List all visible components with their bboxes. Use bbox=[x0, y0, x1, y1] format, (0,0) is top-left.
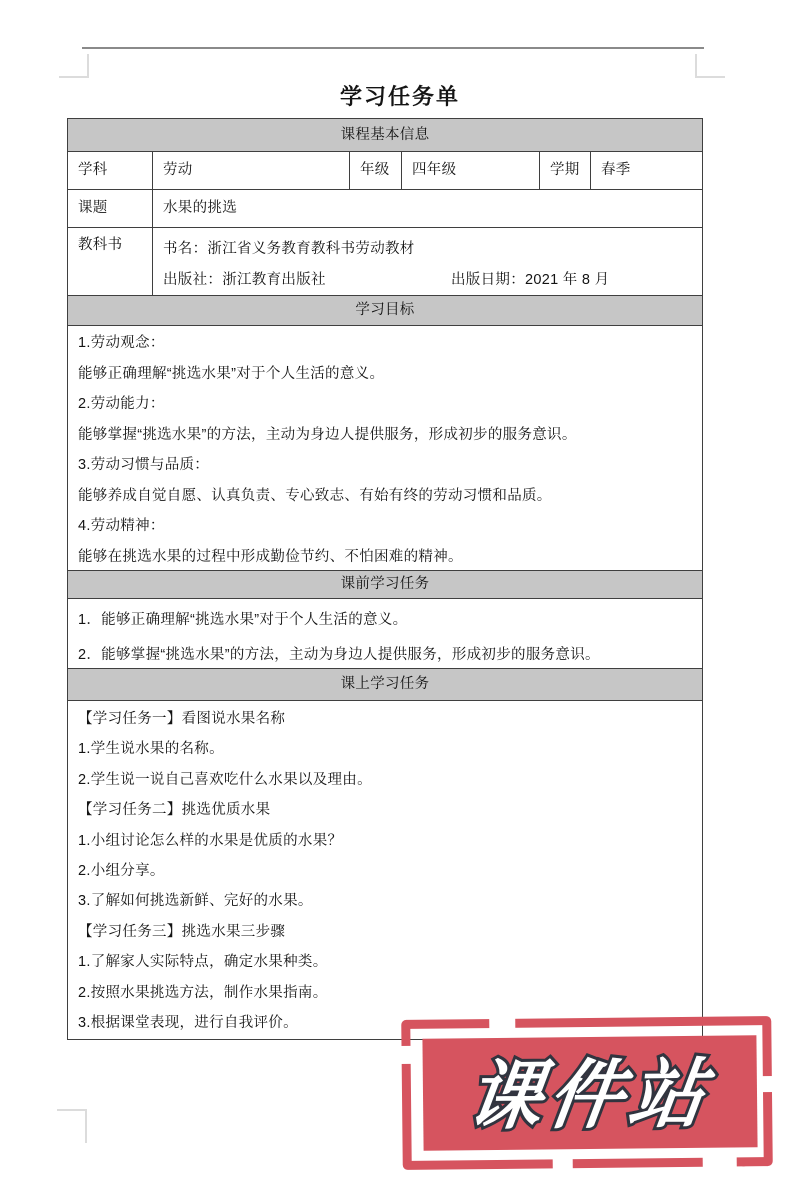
publisher-line: 出版社：浙江教育出版社出版日期：2021 年 8 月 bbox=[163, 265, 692, 296]
page-corner-mark-bottom-left bbox=[57, 1109, 87, 1143]
text-line: 能够正确理解“挑选水果”对于个人生活的意义。 bbox=[78, 359, 692, 390]
section-header-course-info: 课程基本信息 bbox=[68, 119, 702, 152]
watermark-stamp: 课件站 bbox=[401, 1016, 773, 1170]
text-line: 1.劳动观念： bbox=[78, 328, 692, 359]
section-header-pre-class: 课前学习任务 bbox=[68, 571, 702, 599]
textbook-value-cell: 书名：浙江省义务教育教科书劳动教材 出版社：浙江教育出版社出版日期：2021 年… bbox=[153, 228, 702, 295]
section-header-objectives: 学习目标 bbox=[68, 296, 702, 326]
text-line: 能够掌握“挑选水果”的方法，主动为身边人提供服务，形成初步的服务意识。 bbox=[78, 420, 692, 451]
stamp-border-gap bbox=[398, 1046, 411, 1064]
stamp-text: 课件站 bbox=[462, 1052, 718, 1138]
text-line: 1．能够正确理解“挑选水果”对于个人生活的意义。 bbox=[78, 603, 692, 638]
text-line: 2．能够掌握“挑选水果”的方法，主动为身边人提供服务，形成初步的服务意识。 bbox=[78, 638, 692, 673]
task-sheet-table: 课程基本信息 学科 劳动 年级 四年级 学期 春季 课题 水果的挑选 教科书 书… bbox=[67, 118, 703, 1040]
semester-value-cell: 春季 bbox=[591, 152, 702, 189]
text-line: 2.劳动能力： bbox=[78, 389, 692, 420]
text-line: 2.按照水果挑选方法，制作水果指南。 bbox=[78, 978, 692, 1008]
publisher-text: 出版社：浙江教育出版社 bbox=[163, 265, 451, 296]
objectives-content-cell: 1.劳动观念：能够正确理解“挑选水果”对于个人生活的意义。2.劳动能力：能够掌握… bbox=[68, 326, 702, 570]
stamp-ink-speck bbox=[641, 1159, 671, 1166]
page-corner-mark-top-right bbox=[695, 54, 725, 78]
text-line: 【学习任务二】挑选优质水果 bbox=[78, 795, 692, 825]
page-margin-line bbox=[82, 47, 704, 49]
stamp-inner-plate: 课件站 bbox=[422, 1035, 757, 1150]
in-class-row: 【学习任务一】看图说水果名称1.学生说水果的名称。2.学生说一说自己喜欢吃什么水… bbox=[68, 701, 702, 1039]
textbook-label-cell: 教科书 bbox=[68, 228, 153, 295]
grade-value-cell: 四年级 bbox=[402, 152, 540, 189]
semester-label-cell: 学期 bbox=[540, 152, 591, 189]
in-class-content-cell: 【学习任务一】看图说水果名称1.学生说水果的名称。2.学生说一说自己喜欢吃什么水… bbox=[68, 701, 702, 1039]
text-line: 能够在挑选水果的过程中形成勤俭节约、不怕困难的精神。 bbox=[78, 542, 692, 573]
text-line: 能够养成自觉自愿、认真负责、专心致志、有始有终的劳动习惯和品质。 bbox=[78, 481, 692, 512]
grade-label-cell: 年级 bbox=[350, 152, 402, 189]
text-line: 【学习任务一】看图说水果名称 bbox=[78, 704, 692, 734]
stamp-text-graphic: 课件站 bbox=[422, 1035, 757, 1150]
in-class-header-cell: 课上学习任务 bbox=[68, 669, 702, 700]
topic-row: 课题 水果的挑选 bbox=[68, 190, 702, 228]
stamp-border-gap bbox=[553, 1156, 573, 1170]
subject-label-cell: 学科 bbox=[68, 152, 153, 189]
publish-date-text: 出版日期：2021 年 8 月 bbox=[451, 272, 609, 288]
document-title: 学习任务单 bbox=[0, 80, 800, 111]
objectives-row: 1.劳动观念：能够正确理解“挑选水果”对于个人生活的意义。2.劳动能力：能够掌握… bbox=[68, 326, 702, 571]
course-info-row: 学科 劳动 年级 四年级 学期 春季 bbox=[68, 152, 702, 190]
text-line: 3.劳动习惯与品质： bbox=[78, 450, 692, 481]
stamp-ink-speck bbox=[739, 1158, 749, 1166]
topic-value-cell: 水果的挑选 bbox=[153, 190, 702, 227]
text-line: 1.了解家人实际特点，确定水果种类。 bbox=[78, 947, 692, 977]
text-line: 【学习任务三】挑选水果三步骤 bbox=[78, 917, 692, 947]
section-header-in-class: 课上学习任务 bbox=[68, 669, 702, 701]
text-line: 4.劳动精神： bbox=[78, 511, 692, 542]
topic-label-cell: 课题 bbox=[68, 190, 153, 227]
text-line: 1.小组讨论怎么样的水果是优质的水果？ bbox=[78, 826, 692, 856]
textbook-row: 教科书 书名：浙江省义务教育教科书劳动教材 出版社：浙江教育出版社出版日期：20… bbox=[68, 228, 702, 296]
objectives-header-cell: 学习目标 bbox=[68, 296, 702, 325]
subject-value-cell: 劳动 bbox=[153, 152, 350, 189]
text-line: 2.学生说一说自己喜欢吃什么水果以及理由。 bbox=[78, 765, 692, 795]
pre-class-row: 1．能够正确理解“挑选水果”对于个人生活的意义。2．能够掌握“挑选水果”的方法，… bbox=[68, 599, 702, 669]
stamp-border-gap bbox=[489, 1017, 515, 1030]
text-line: 1.学生说水果的名称。 bbox=[78, 734, 692, 764]
page-corner-mark-top-left bbox=[59, 54, 89, 78]
text-line: 2.小组分享。 bbox=[78, 856, 692, 886]
pre-class-header-cell: 课前学习任务 bbox=[68, 571, 702, 598]
pre-class-content-cell: 1．能够正确理解“挑选水果”对于个人生活的意义。2．能够掌握“挑选水果”的方法，… bbox=[68, 599, 702, 668]
textbook-name-line: 书名：浙江省义务教育教科书劳动教材 bbox=[163, 234, 692, 265]
course-info-header-cell: 课程基本信息 bbox=[68, 119, 702, 151]
text-line: 3.了解如何挑选新鲜、完好的水果。 bbox=[78, 886, 692, 916]
stamp-border-gap bbox=[762, 1076, 775, 1092]
stamp-border-gap bbox=[703, 1152, 737, 1168]
